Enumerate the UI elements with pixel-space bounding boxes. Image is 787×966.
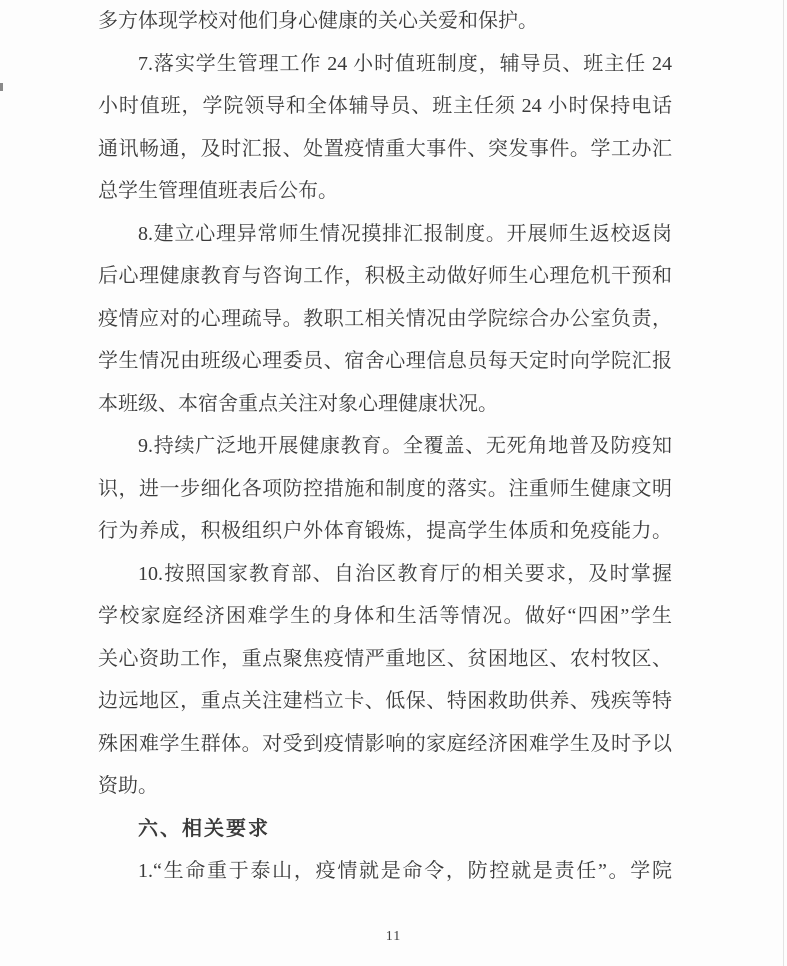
text-line: 学校家庭经济困难学生的身体和生活等情况。做好“四困”学生 (98, 595, 672, 638)
scan-edge-line (783, 0, 784, 966)
text-line: 关心资助工作，重点聚焦疫情严重地区、贫困地区、农村牧区、 (98, 638, 672, 681)
text-line: 行为养成，积极组织户外体育锻炼，提高学生体质和免疫能力。 (98, 510, 672, 553)
paragraph-start-line: 7.落实学生管理工作 24 小时值班制度，辅导员、班主任 24 (98, 43, 672, 86)
page-number: 11 (0, 929, 787, 945)
text-line: 后心理健康教育与咨询工作，积极主动做好师生心理危机干预和 (98, 255, 672, 298)
text-line: 边远地区，重点关注建档立卡、低保、特困救助供养、残疾等特 (98, 680, 672, 723)
scan-edge-mark (0, 83, 3, 91)
text-line: 资助。 (98, 765, 672, 808)
document-body: 多方体现学校对他们身心健康的关心关爱和保护。 7.落实学生管理工作 24 小时值… (98, 0, 672, 893)
text-line: 小时值班，学院领导和全体辅导员、班主任须 24 小时保持电话 (98, 85, 672, 128)
text-line: 疫情应对的心理疏导。教职工相关情况由学院综合办公室负责， (98, 298, 672, 341)
paragraph-start-line: 1.“生命重于泰山，疫情就是命令，防控就是责任”。学院 (98, 850, 672, 893)
text-line: 通讯畅通，及时汇报、处置疫情重大事件、突发事件。学工办汇 (98, 128, 672, 171)
text-line: 学生情况由班级心理委员、宿舍心理信息员每天定时向学院汇报 (98, 340, 672, 383)
section-heading: 六、相关要求 (98, 808, 672, 851)
text-line: 总学生管理值班表后公布。 (98, 170, 672, 213)
paragraph-start-line: 10.按照国家教育部、自治区教育厅的相关要求，及时掌握 (98, 553, 672, 596)
document-page: 多方体现学校对他们身心健康的关心关爱和保护。 7.落实学生管理工作 24 小时值… (0, 0, 787, 966)
text-line: 本班级、本宿舍重点关注对象心理健康状况。 (98, 383, 672, 426)
paragraph-start-line: 9.持续广泛地开展健康教育。全覆盖、无死角地普及防疫知 (98, 425, 672, 468)
text-line: 殊困难学生群体。对受到疫情影响的家庭经济困难学生及时予以 (98, 723, 672, 766)
text-line: 识，进一步细化各项防控措施和制度的落实。注重师生健康文明 (98, 468, 672, 511)
text-line: 多方体现学校对他们身心健康的关心关爱和保护。 (98, 0, 672, 43)
paragraph-start-line: 8.建立心理异常师生情况摸排汇报制度。开展师生返校返岗 (98, 213, 672, 256)
